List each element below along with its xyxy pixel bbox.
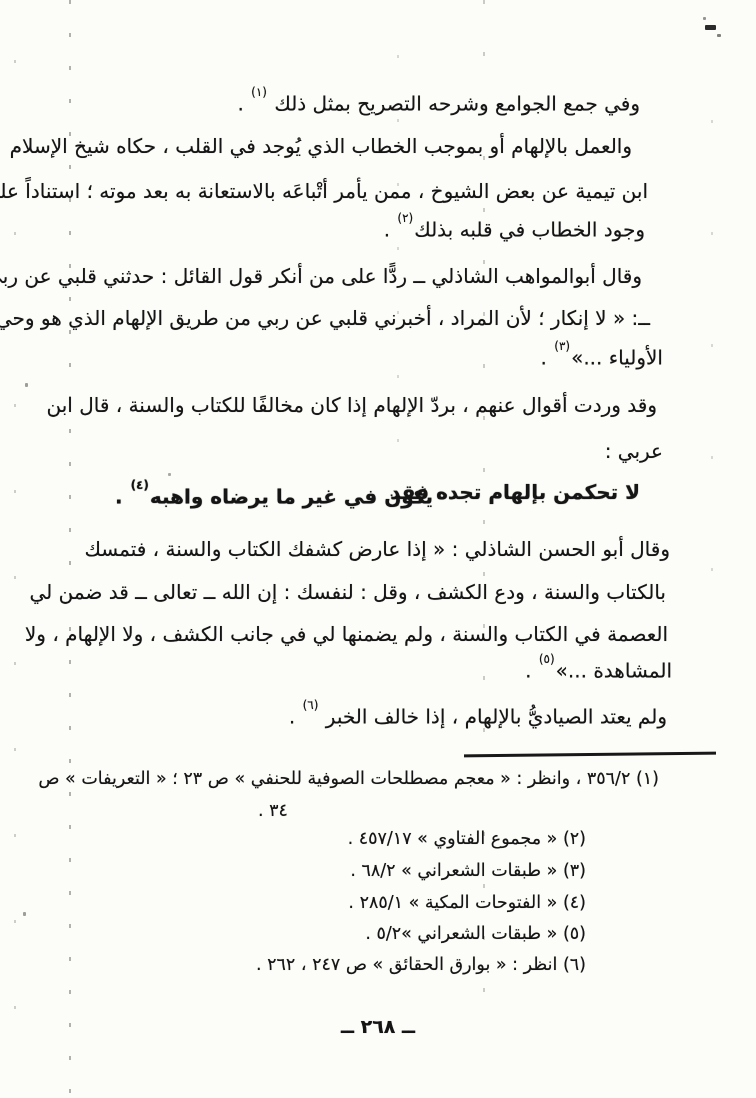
scan-speck: [717, 34, 721, 37]
body-line-4-tail: .: [384, 218, 397, 242]
verse-left-text: يكون في غير ما يرضاه واهبه: [150, 485, 433, 509]
body-line-7-text: الأولياء ...»: [571, 346, 663, 370]
footnote-1-line-2: ٣٤ .: [258, 798, 288, 824]
footnote-1-line-1: (١) ٣٥٦/٢ ، وانظر : « معجم مصطلحات الصوف…: [38, 766, 659, 792]
footnote-2: (٢) « مجموع الفتاوي » ٤٥٧/١٧ .: [348, 826, 586, 852]
body-line-14-text: ولم يعتد الصياديُّ بالإلهام ، إذا خالف ا…: [319, 705, 667, 729]
footnote-5: (٥) « طبقات الشعراني »٥/٢ .: [365, 921, 586, 947]
body-line-9-text: عربي :: [605, 439, 663, 463]
footnote-6-marker: (٦): [563, 955, 586, 975]
body-line-12-text: العصمة في الكتاب والسنة ، ولم يضمنها لي …: [25, 622, 668, 646]
body-line-6: ــ: « لا إنكار ؛ لأن المراد ، أخبرني قلب…: [0, 303, 650, 333]
body-line-10-text: وقال أبو الحسن الشاذلي : « إذا عارض كشفك…: [84, 537, 670, 561]
footnote-1-marker: (١): [636, 769, 659, 789]
scanned-book-page: وفي جمع الجوامع وشرحه التصريح بمثل ذلك (…: [0, 0, 756, 1098]
body-line-9: عربي :: [605, 436, 663, 466]
scan-speck: [168, 473, 171, 476]
body-line-13-tail: .: [525, 659, 538, 683]
footnote-ref-5: (٥): [539, 652, 555, 666]
body-line-5: وقال أبوالمواهب الشاذلي ــ ردًّا على من …: [0, 261, 642, 291]
footnote-3-marker: (٣): [563, 861, 586, 881]
body-line-4-text: وجود الخطاب في قلبه بذلك: [414, 218, 645, 242]
page-number: ــ ٢٦٨ ــ: [0, 1016, 756, 1038]
body-line-13: المشاهدة ...»(٥) .: [525, 651, 672, 686]
footnote-ref-2: (٢): [397, 211, 413, 225]
footnote-4-marker: (٤): [563, 893, 586, 913]
scan-speck: [23, 912, 26, 916]
footnote-ref-6: (٦): [303, 698, 319, 712]
body-line-4: وجود الخطاب في قلبه بذلك(٢) .: [384, 210, 645, 245]
scan-artifact-dotted-line: [14, 60, 16, 1080]
footnote-2-marker: (٢): [563, 829, 586, 849]
scan-artifact-dotted-line: [711, 120, 713, 640]
body-line-6-text: ــ: « لا إنكار ؛ لأن المراد ، أخبرني قلب…: [0, 306, 650, 330]
body-line-14: ولم يعتد الصياديُّ بالإلهام ، إذا خالف ا…: [289, 697, 667, 732]
footnote-4: (٤) « الفتوحات المكية » ٢٨٥/١ .: [348, 890, 586, 916]
body-line-8-text: وقد وردت أقوال عنهم ، بردّ الإلهام إذا ك…: [47, 393, 657, 417]
body-line-2-text: والعمل بالإلهام أو بموجب الخطاب الذي يُو…: [10, 134, 632, 158]
body-line-8: وقد وردت أقوال عنهم ، بردّ الإلهام إذا ك…: [47, 390, 657, 420]
footnote-ref-3: (٣): [554, 339, 570, 353]
footnote-ref-4: (٤): [131, 478, 149, 492]
footnote-1-text-2: ٣٤ .: [258, 801, 288, 821]
body-line-11: بالكتاب والسنة ، ودع الكشف ، وقل : لنفسك…: [29, 577, 666, 607]
footnote-2-text: « مجموع الفتاوي » ٤٥٧/١٧ .: [348, 829, 558, 849]
body-line-3: ابن تيمية عن بعض الشيوخ ، ممن يأمر أتْبا…: [0, 176, 648, 206]
body-line-1-text: وفي جمع الجوامع وشرحه التصريح بمثل ذلك: [268, 92, 640, 116]
footnote-1-text: ٣٥٦/٢ ، وانظر : « معجم مصطلحات الصوفية ل…: [38, 769, 630, 789]
verse-left-tail: .: [115, 485, 130, 509]
body-line-5-text: وقال أبوالمواهب الشاذلي ــ ردًّا على من …: [0, 264, 642, 288]
scan-speck: [25, 383, 28, 387]
verse-hemistich-left: يكون في غير ما يرضاه واهبه(٤) .: [115, 477, 433, 512]
footnote-ref-1: (١): [251, 85, 267, 99]
body-line-10: وقال أبو الحسن الشاذلي : « إذا عارض كشفك…: [84, 534, 670, 564]
scan-speck: [703, 17, 706, 20]
body-line-13-text: المشاهدة ...»: [556, 659, 672, 683]
body-line-1: وفي جمع الجوامع وشرحه التصريح بمثل ذلك (…: [237, 84, 640, 119]
scan-speck: [705, 25, 716, 30]
footnote-4-text: « الفتوحات المكية » ٢٨٥/١ .: [348, 893, 557, 913]
body-line-12: العصمة في الكتاب والسنة ، ولم يضمنها لي …: [25, 619, 668, 649]
footnote-separator: [464, 752, 716, 758]
scan-artifact-dotted-line: [69, 0, 71, 1098]
footnote-6: (٦) انظر : « بوارق الحقائق » ص ٢٤٧ ، ٢٦٢…: [256, 952, 586, 978]
body-line-1-tail: .: [237, 92, 250, 116]
footnote-5-marker: (٥): [563, 924, 586, 944]
body-line-11-text: بالكتاب والسنة ، ودع الكشف ، وقل : لنفسك…: [29, 580, 666, 604]
footnote-3-text: « طبقات الشعراني » ٦٨/٢ .: [350, 861, 557, 881]
body-line-3-text: ابن تيمية عن بعض الشيوخ ، ممن يأمر أتْبا…: [0, 179, 648, 203]
body-line-14-tail: .: [289, 705, 302, 729]
footnote-3: (٣) « طبقات الشعراني » ٦٨/٢ .: [350, 858, 586, 884]
body-line-7: الأولياء ...»(٣) .: [541, 338, 663, 373]
footnote-5-text: « طبقات الشعراني »٥/٢ .: [365, 924, 557, 944]
body-line-7-tail: .: [541, 346, 554, 370]
footnote-6-text: انظر : « بوارق الحقائق » ص ٢٤٧ ، ٢٦٢ .: [256, 955, 557, 975]
body-line-2: والعمل بالإلهام أو بموجب الخطاب الذي يُو…: [10, 131, 632, 161]
